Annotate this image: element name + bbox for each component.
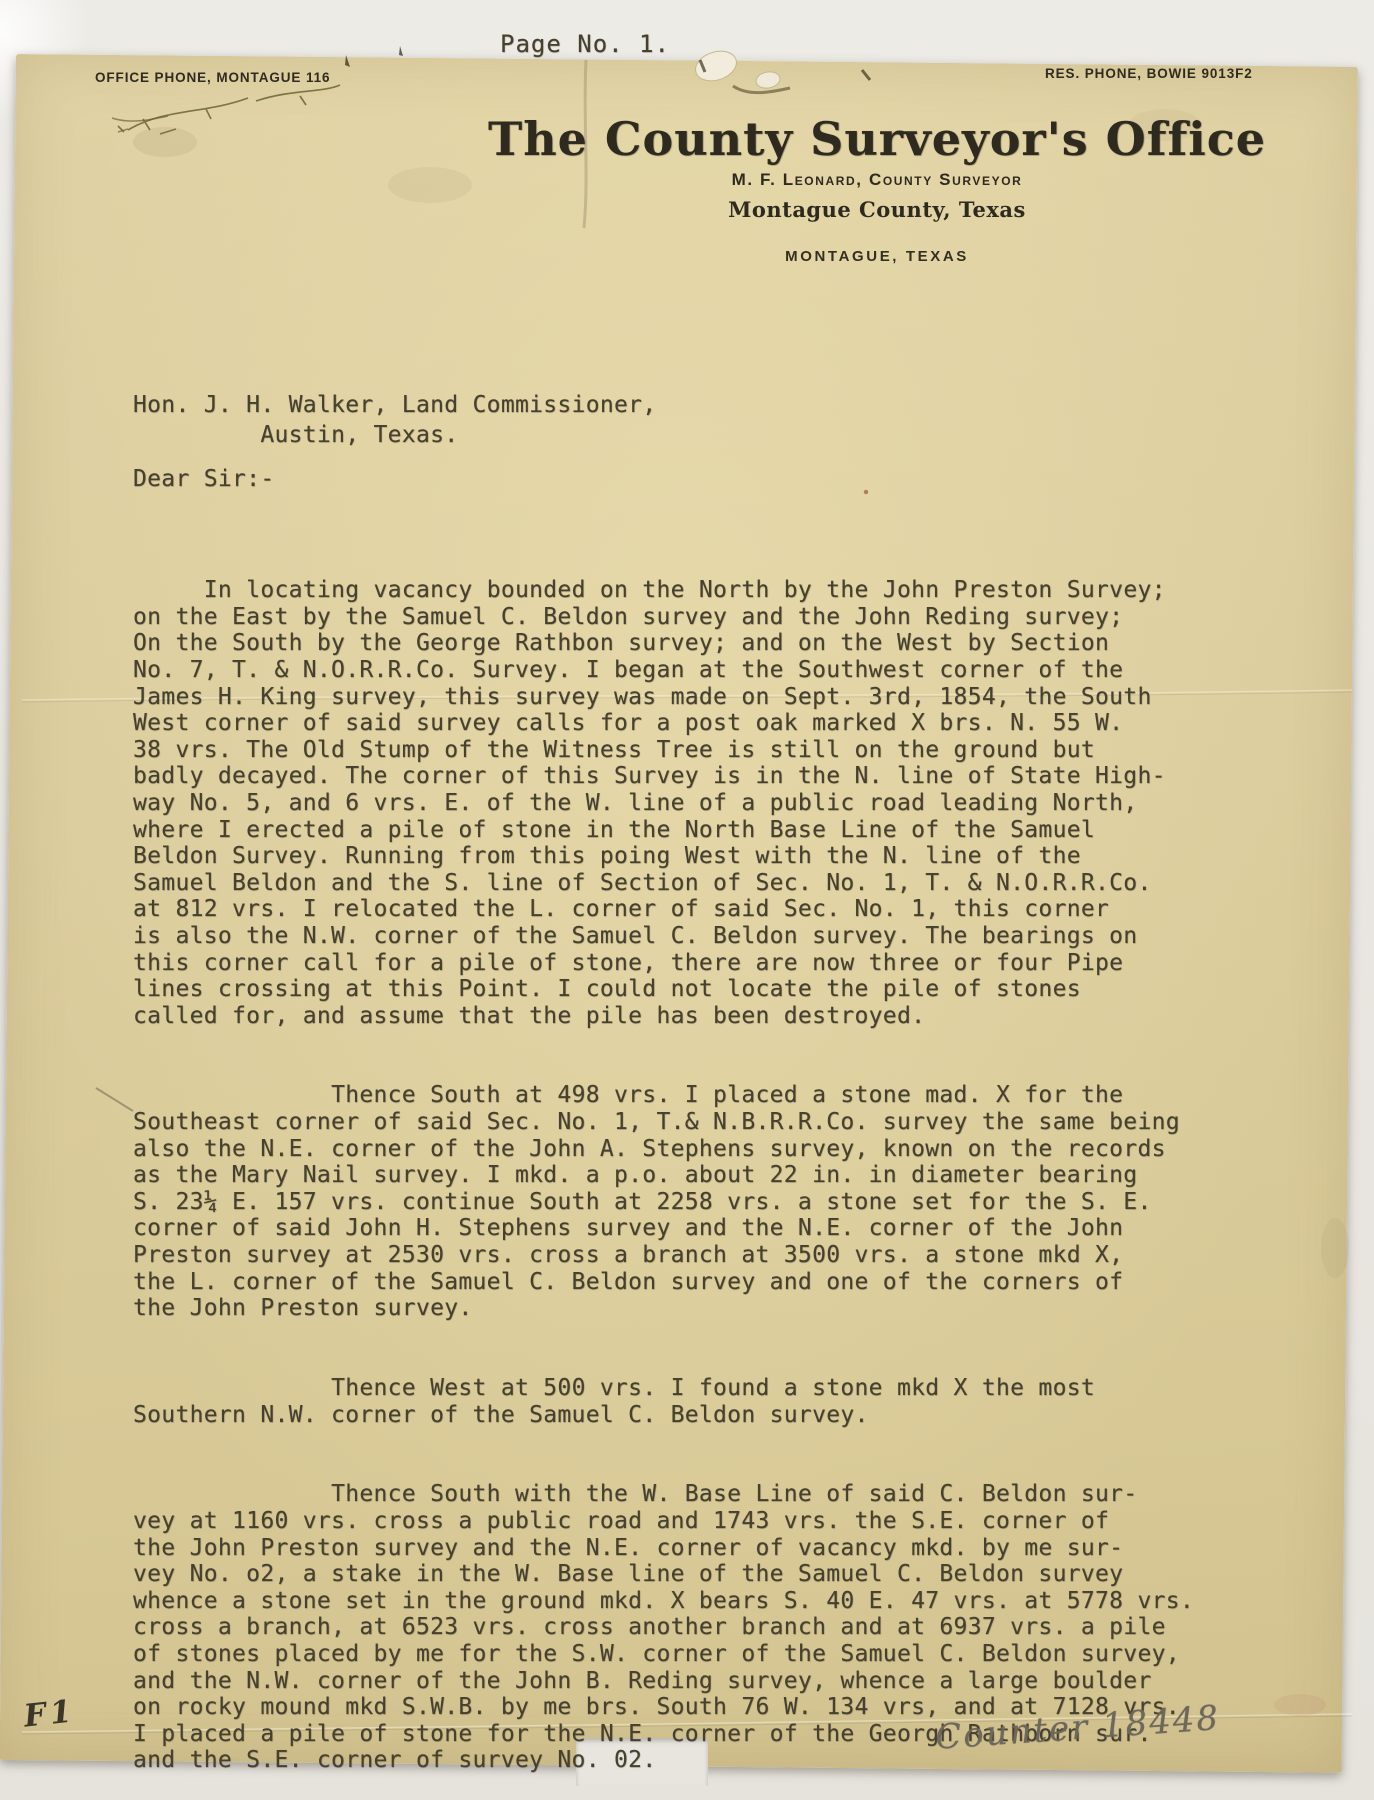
letterhead-title: The County Surveyor's Office: [190, 112, 1374, 166]
letterhead-county-line: Montague County, Texas: [190, 197, 1374, 222]
handwritten-file-mark: F1: [22, 1693, 77, 1734]
page-number-label: Page No. 1.: [500, 30, 670, 58]
letterhead-surveyor-line: M. F. Leonard, County Surveyor: [190, 170, 1374, 190]
letterhead-city-line: MONTAGUE, TEXAS: [190, 248, 1374, 265]
body-paragraph-2: Thence South at 498 vrs. I placed a ston…: [133, 1082, 1333, 1321]
body-paragraph-3: Thence West at 500 vrs. I found a stone …: [133, 1375, 1333, 1428]
salutation: Dear Sir:-: [133, 466, 274, 492]
scanned-letter-page: { "page_label": "Page No. 1.", "letterhe…: [0, 0, 1374, 1800]
recipient-address: Hon. J. H. Walker, Land Commissioner, Au…: [133, 390, 656, 450]
body-paragraph-1: In locating vacancy bounded on the North…: [133, 577, 1333, 1029]
office-phone-line: OFFICE PHONE, MONTAGUE 116: [95, 70, 330, 85]
res-phone-line: RES. PHONE, BOWIE 9013F2: [1045, 66, 1253, 81]
letter-body: In locating vacancy bounded on the North…: [133, 524, 1333, 1800]
